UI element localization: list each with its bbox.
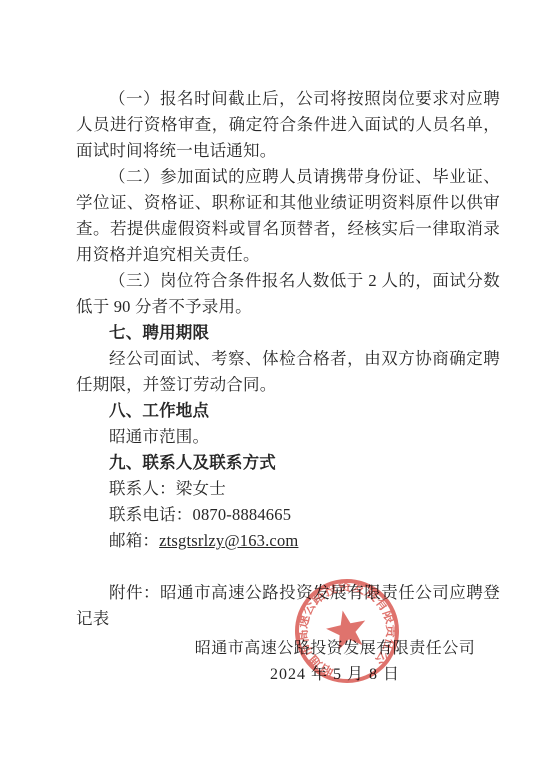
email-link[interactable]: ztsgtsrlzy@163.com bbox=[159, 531, 298, 550]
attachment-line: 附件：昭通市高速公路投资发展有限责任公司应聘登记表 bbox=[76, 580, 500, 632]
section-heading-work-location: 八、工作地点 bbox=[76, 398, 500, 424]
section-heading-contact-info: 九、联系人及联系方式 bbox=[76, 450, 500, 476]
document-page: （一）报名时间截止后，公司将按照岗位要求对应聘人员进行资格审查，确定符合条件进入… bbox=[0, 0, 550, 777]
signature-company-name: 昭通市高速公路投资发展有限责任公司 bbox=[180, 636, 490, 662]
paragraph-2-documents-required: （二）参加面试的应聘人员请携带身份证、毕业证、学位证、资格证、职称证和其他业绩证… bbox=[76, 164, 500, 268]
contact-person-line: 联系人：梁女士 bbox=[76, 476, 500, 502]
section-heading-employment-term: 七、聘用期限 bbox=[76, 320, 500, 346]
paragraph-work-location: 昭通市范围。 bbox=[76, 424, 500, 450]
contact-phone-line: 联系电话：0870-8884665 bbox=[76, 502, 500, 528]
email-label: 邮箱： bbox=[109, 531, 159, 550]
signature-block: 昭通市高速公路投资发展有限责任公司 2024 年 5 月 8 日 bbox=[180, 636, 490, 688]
paragraph-employment-term: 经公司面试、考察、体检合格者，由双方协商确定聘任期限，并签订劳动合同。 bbox=[76, 346, 500, 398]
signature-date: 2024 年 5 月 8 日 bbox=[180, 662, 490, 688]
paragraph-1-interview-list: （一）报名时间截止后，公司将按照岗位要求对应聘人员进行资格审查，确定符合条件进入… bbox=[76, 86, 500, 164]
paragraph-3-minimum-score: （三）岗位符合条件报名人数低于 2 人的，面试分数低于 90 分者不予录用。 bbox=[76, 268, 500, 320]
document-body: （一）报名时间截止后，公司将按照岗位要求对应聘人员进行资格审查，确定符合条件进入… bbox=[76, 86, 500, 632]
contact-email-line: 邮箱：ztsgtsrlzy@163.com bbox=[76, 528, 500, 554]
